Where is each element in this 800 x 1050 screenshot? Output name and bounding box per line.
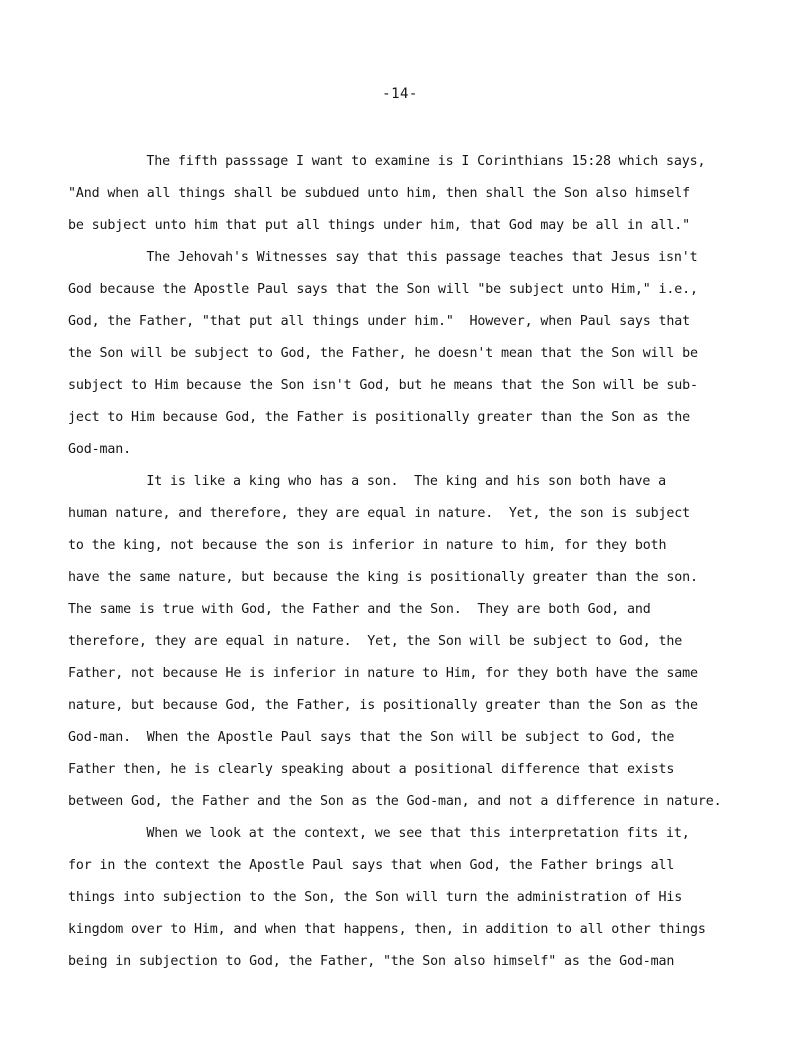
text-line: the Son will be subject to God, the Fath… (68, 342, 774, 374)
text-line: kingdom over to Him, and when that happe… (68, 918, 774, 950)
text-line: God-man. When the Apostle Paul says that… (68, 726, 774, 758)
paragraph: The fifth passsage I want to examine is … (68, 150, 788, 246)
text-line: being in subjection to God, the Father, … (68, 950, 774, 982)
text-line: It is like a king who has a son. The kin… (68, 470, 774, 502)
text-line: The Jehovah's Witnesses say that this pa… (68, 246, 774, 278)
text-line: be subject unto him that put all things … (68, 214, 774, 246)
text-line: human nature, and therefore, they are eq… (68, 502, 774, 534)
text-line: "And when all things shall be subdued un… (68, 182, 774, 214)
text-line: nature, but because God, the Father, is … (68, 694, 774, 726)
text-line: things into subjection to the Son, the S… (68, 886, 774, 918)
text-line: God-man. (68, 438, 774, 470)
text-line: Father then, he is clearly speaking abou… (68, 758, 774, 790)
text-line: ject to Him because God, the Father is p… (68, 406, 774, 438)
text-line: to the king, not because the son is infe… (68, 534, 774, 566)
paragraph: It is like a king who has a son. The kin… (68, 470, 788, 822)
text-line: The same is true with God, the Father an… (68, 598, 774, 630)
text-line: have the same nature, but because the ki… (68, 566, 774, 598)
text-line: therefore, they are equal in nature. Yet… (68, 630, 774, 662)
text-line: The fifth passsage I want to examine is … (68, 150, 774, 182)
text-line: God because the Apostle Paul says that t… (68, 278, 774, 310)
text-line: for in the context the Apostle Paul says… (68, 854, 774, 886)
paragraph: The Jehovah's Witnesses say that this pa… (68, 246, 788, 470)
text-line: Father, not because He is inferior in na… (68, 662, 774, 694)
page-number: -14- (0, 86, 800, 102)
text-line: God, the Father, "that put all things un… (68, 310, 774, 342)
text-line: When we look at the context, we see that… (68, 822, 774, 854)
paragraph: When we look at the context, we see that… (68, 822, 788, 982)
text-line: between God, the Father and the Son as t… (68, 790, 774, 822)
text-line: subject to Him because the Son isn't God… (68, 374, 774, 406)
body-text: The fifth passsage I want to examine is … (68, 150, 788, 982)
